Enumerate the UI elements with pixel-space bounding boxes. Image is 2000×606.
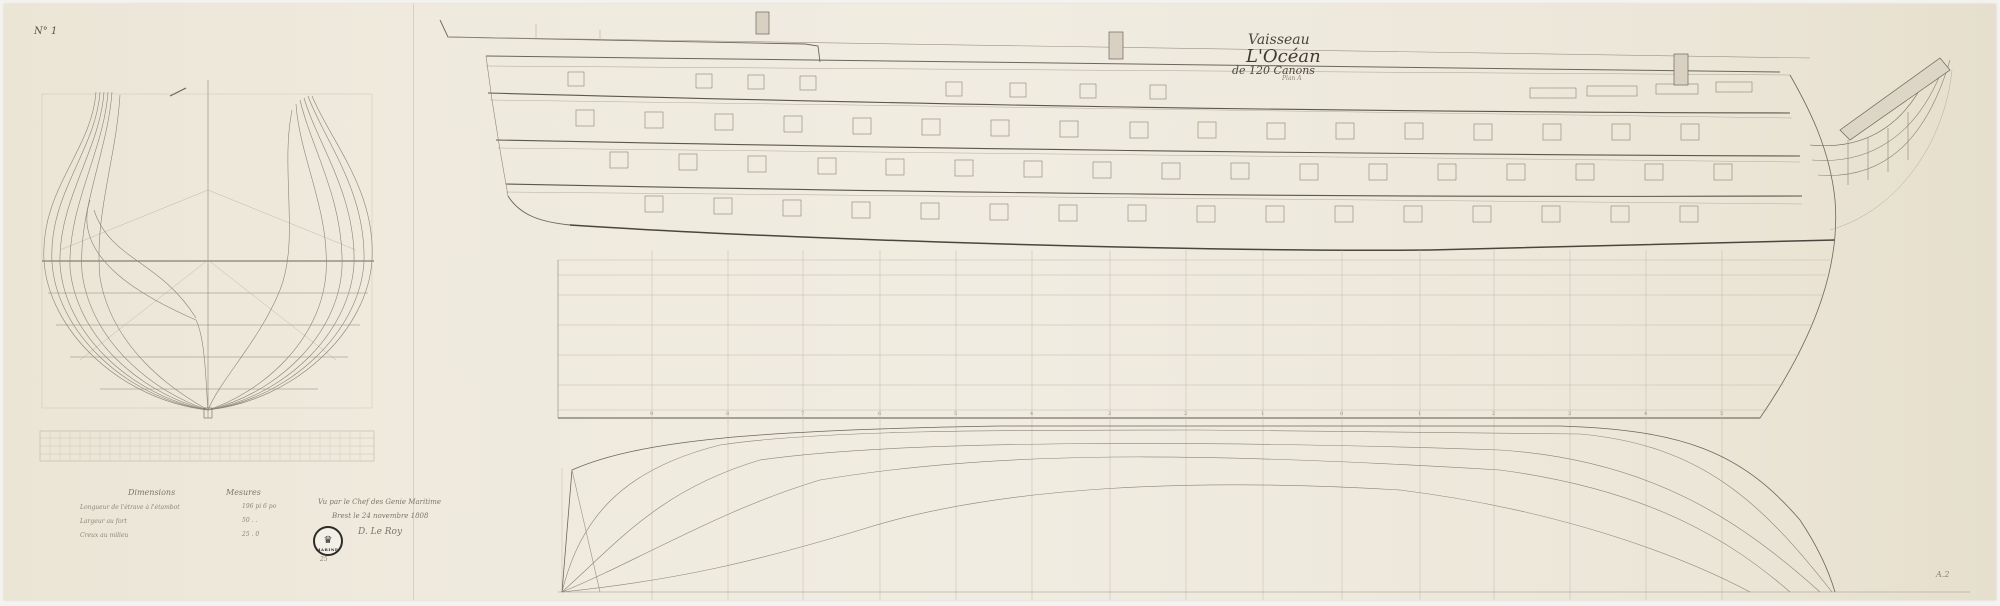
stamp-label: MARINE	[316, 547, 338, 552]
title-gun-count: de 120 Canons	[1232, 64, 1315, 77]
crown-icon: ♛	[324, 536, 333, 546]
legend-row-value: 196 pi 6 po	[242, 503, 276, 510]
sheet-number: A.2	[1936, 570, 1949, 579]
title-note: Plan A	[1282, 75, 1302, 82]
legend-measures-heading: Mesures	[226, 488, 261, 497]
scale-bar	[40, 431, 374, 461]
station-number: 1	[1418, 411, 1421, 417]
ship-plan-drawing	[0, 0, 2000, 606]
station-number: 1	[1261, 411, 1264, 417]
legend-row-value: 25 . 0	[242, 531, 259, 538]
plate-number: N° 1	[34, 26, 57, 37]
station-number: 5	[954, 411, 957, 417]
legend-row-label: Largeur au fort	[80, 518, 127, 525]
legend-dimensions-heading: Dimensions	[128, 488, 175, 497]
approval-signature: D. Le Roy	[358, 527, 402, 537]
station-number: 7	[801, 411, 804, 417]
sheer-plan	[440, 20, 1952, 600]
station-number: 2	[1184, 411, 1187, 417]
station-number: 9	[650, 411, 653, 417]
mast-stumps	[756, 12, 1688, 85]
approval-line-1: Vu par le Chef des Genie Maritime	[318, 498, 441, 506]
legend-row-label: Creux au milieu	[80, 532, 128, 539]
station-number: 5	[1720, 411, 1723, 417]
station-number: 3	[1108, 411, 1111, 417]
half-breadth-plan	[558, 426, 1970, 592]
station-number: 3	[1568, 411, 1571, 417]
stamp-number: 25	[320, 556, 328, 563]
gun-ports	[568, 72, 1752, 222]
station-number: 4	[1644, 411, 1647, 417]
station-number: 8	[726, 411, 729, 417]
station-number: 6	[878, 411, 881, 417]
legend-row-value: 50 . .	[242, 517, 257, 524]
station-number: 4	[1030, 411, 1033, 417]
station-number: 0	[1340, 411, 1343, 417]
approval-line-2: Brest le 24 novembre 1808	[332, 512, 428, 520]
station-number: 2	[1492, 411, 1495, 417]
body-plan	[42, 80, 374, 418]
legend-row-label: Longueur de l'étrave à l'étambot	[80, 504, 180, 511]
